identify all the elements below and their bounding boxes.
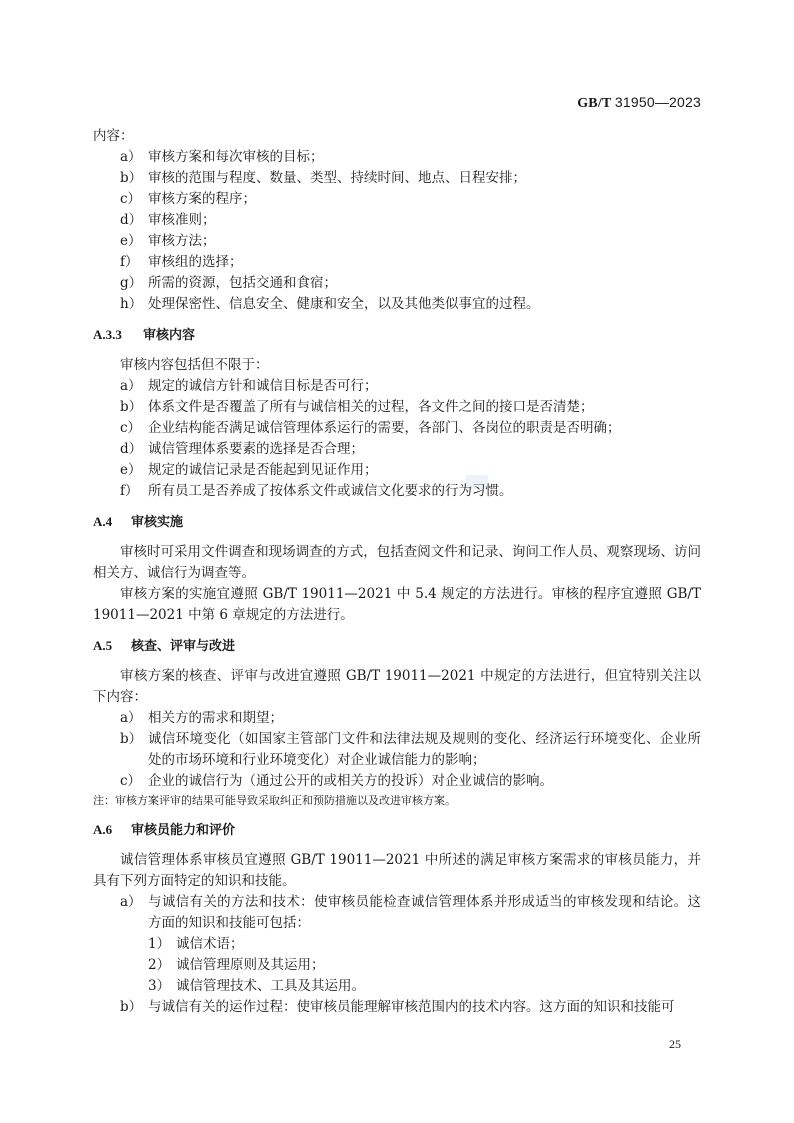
list-item: a）审核方案和每次审核的目标； — [93, 147, 701, 168]
sub-list-item: 1）诚信术语； — [93, 934, 701, 955]
item-text: 与诚信有关的运作过程：使审核员能理解审核范围内的技术内容。这方面的知识和技能可 — [148, 997, 701, 1018]
sub-list-item: 2）诚信管理原则及其运用； — [93, 955, 701, 976]
section-intro: 审核内容包括但不限于： — [93, 355, 701, 376]
list-item: b）与诚信有关的运作过程：使审核员能理解审核范围内的技术内容。这方面的知识和技能… — [93, 997, 701, 1018]
item-label: e） — [120, 231, 148, 252]
item-text: 相关方的需求和期望； — [148, 708, 701, 729]
item-label: f） — [120, 481, 148, 502]
paragraph: 审核方案的实施宜遵照 GB/T 19011—2021 中 5.4 规定的方法进行… — [93, 584, 701, 626]
sub-item-text: 诚信管理原则及其运用； — [176, 955, 325, 976]
item-text: 审核方法； — [148, 231, 701, 252]
section-heading-a5: A.5核查、评审与改进 — [93, 635, 701, 657]
sub-list-item: 3）诚信管理技术、工具及其运用。 — [93, 976, 701, 997]
item-label: a） — [120, 892, 148, 934]
item-text: 企业的诚信行为（通过公开的或相关方的投诉）对企业诚信的影响。 — [148, 771, 701, 792]
item-text: 审核准则； — [148, 210, 701, 231]
item-text: 所有员工是否养成了按体系文件或诚信文化要求的行为习惯。 — [148, 481, 701, 502]
list-item: c）企业的诚信行为（通过公开的或相关方的投诉）对企业诚信的影响。 — [93, 771, 701, 792]
standard-number: 31950—2023 — [615, 94, 701, 110]
item-text: 处理保密性、信息安全、健康和安全，以及其他类似事宜的过程。 — [148, 294, 701, 315]
section-heading-a33: A.3.3审核内容 — [93, 324, 701, 346]
list-item: g）所需的资源，包括交通和食宿； — [93, 273, 701, 294]
item-label: c） — [120, 189, 148, 210]
list-item: b）审核的范围与程度、数量、类型、持续时间、地点、日程安排； — [93, 168, 701, 189]
item-label: d） — [120, 439, 148, 460]
item-label: f） — [120, 252, 148, 273]
paragraph: 审核时可采用文件调查和现场调查的方式，包括查阅文件和记录、询问工作人员、观察现场… — [93, 542, 701, 584]
item-text: 审核方案的程序； — [148, 189, 701, 210]
page-number: 25 — [669, 1037, 681, 1052]
item-text: 所需的资源，包括交通和食宿； — [148, 273, 701, 294]
sub-item-text: 诚信术语； — [176, 934, 244, 955]
note: 注：审核方案评审的结果可能导致采取纠正和预防措施以及改进审核方案。 — [93, 792, 701, 810]
sub-item-text: 诚信管理技术、工具及其运用。 — [176, 976, 365, 997]
item-text: 与诚信有关的方法和技术：使审核员能检查诚信管理体系并形成适当的审核发现和结论。这… — [148, 892, 701, 934]
sub-item-label: 3） — [148, 976, 176, 997]
section-title: 审核员能力和评价 — [131, 823, 235, 838]
list-item: e）审核方法； — [93, 231, 701, 252]
list-item: b）体系文件是否覆盖了所有与诚信相关的过程，各文件之间的接口是否清楚； — [93, 397, 701, 418]
list-item: f）审核组的选择； — [93, 252, 701, 273]
item-label: b） — [120, 729, 148, 771]
section-heading-a6: A.6审核员能力和评价 — [93, 819, 701, 841]
item-text: 审核方案和每次审核的目标； — [148, 147, 701, 168]
item-text: 规定的诚信记录是否能起到见证作用； — [148, 460, 701, 481]
sub-item-label: 2） — [148, 955, 176, 976]
standard-prefix: GB/T — [577, 96, 611, 111]
section-heading-a4: A.4审核实施 — [93, 511, 701, 533]
item-label: e） — [120, 460, 148, 481]
list-item: a）与诚信有关的方法和技术：使审核员能检查诚信管理体系并形成适当的审核发现和结论… — [93, 892, 701, 934]
list-item: b）诚信环境变化（如国家主管部门文件和法律法规及规则的变化、经济运行环境变化、企… — [93, 729, 701, 771]
list-item: c）审核方案的程序； — [93, 189, 701, 210]
continuation-lead: 内容： — [93, 126, 701, 147]
item-text: 企业结构能否满足诚信管理体系运行的需要，各部门、各岗位的职责是否明确； — [148, 418, 701, 439]
list-item: f）所有员工是否养成了按体系文件或诚信文化要求的行为习惯。 — [93, 481, 701, 502]
item-label: b） — [120, 397, 148, 418]
item-label: c） — [120, 771, 148, 792]
sub-item-label: 1） — [148, 934, 176, 955]
item-label: c） — [120, 418, 148, 439]
section-number: A.5 — [93, 635, 131, 656]
item-label: a） — [120, 147, 148, 168]
item-text: 规定的诚信方针和诚信目标是否可行； — [148, 376, 701, 397]
list-item: e）规定的诚信记录是否能起到见证作用； — [93, 460, 701, 481]
standard-code: GB/T 31950—2023 — [577, 94, 701, 112]
item-text: 体系文件是否覆盖了所有与诚信相关的过程，各文件之间的接口是否清楚； — [148, 397, 701, 418]
item-label: a） — [120, 376, 148, 397]
item-label: b） — [120, 997, 148, 1018]
item-label: g） — [120, 273, 148, 294]
list-item: d）诚信管理体系要素的选择是否合理； — [93, 439, 701, 460]
section-title: 审核实施 — [131, 515, 183, 530]
section-number: A.6 — [93, 819, 131, 840]
item-text: 审核组的选择； — [148, 252, 701, 273]
section-intro: 审核方案的核查、评审与改进宜遵照 GB/T 19011—2021 中规定的方法进… — [93, 666, 701, 708]
item-text: 审核的范围与程度、数量、类型、持续时间、地点、日程安排； — [148, 168, 701, 189]
section-intro: 诚信管理体系审核员宜遵照 GB/T 19011—2021 中所述的满足审核方案需… — [93, 850, 701, 892]
item-text: 诚信管理体系要素的选择是否合理； — [148, 439, 701, 460]
item-label: h） — [120, 294, 148, 315]
list-item: d）审核准则； — [93, 210, 701, 231]
item-label: d） — [120, 210, 148, 231]
section-title: 审核内容 — [143, 328, 195, 343]
section-number: A.4 — [93, 511, 131, 532]
list-item: a）规定的诚信方针和诚信目标是否可行； — [93, 376, 701, 397]
item-label: b） — [120, 168, 148, 189]
list-item: a）相关方的需求和期望； — [93, 708, 701, 729]
section-number: A.3.3 — [93, 324, 143, 345]
section-title: 核查、评审与改进 — [131, 639, 235, 654]
list-item: c）企业结构能否满足诚信管理体系运行的需要，各部门、各岗位的职责是否明确； — [93, 418, 701, 439]
page-content: 内容： a）审核方案和每次审核的目标； b）审核的范围与程度、数量、类型、持续时… — [93, 126, 701, 1018]
list-item: h）处理保密性、信息安全、健康和安全，以及其他类似事宜的过程。 — [93, 294, 701, 315]
item-label: a） — [120, 708, 148, 729]
item-text: 诚信环境变化（如国家主管部门文件和法律法规及规则的变化、经济运行环境变化、企业所… — [148, 729, 701, 771]
